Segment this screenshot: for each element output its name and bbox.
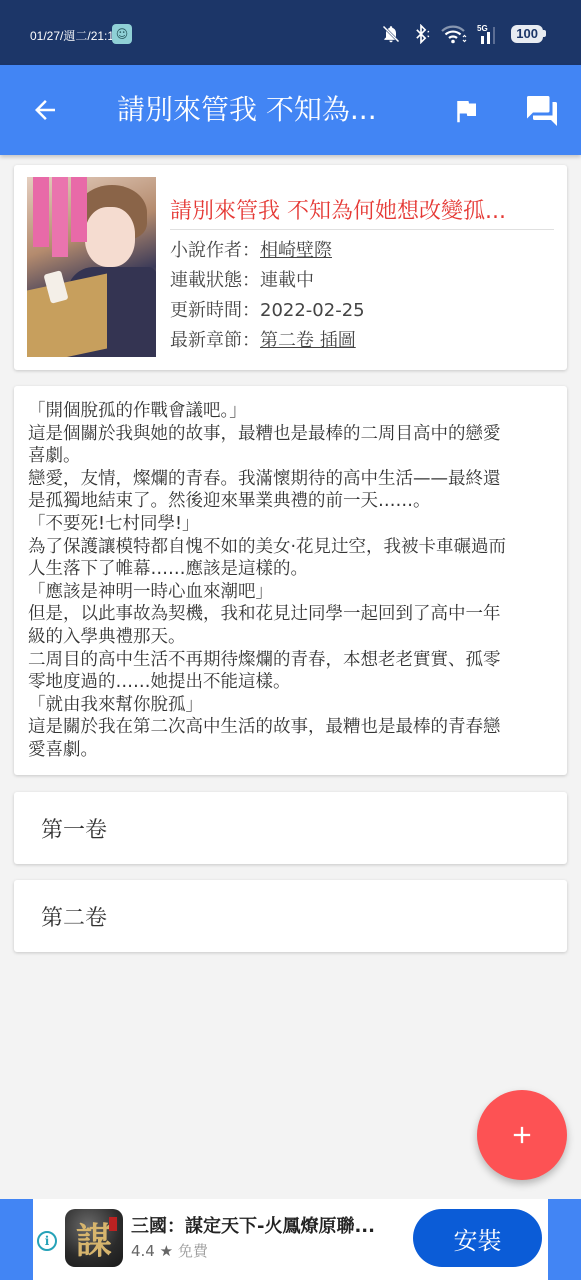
ad-title[interactable]: 三國：謀定天下-火鳳燎原聯... (131, 1215, 391, 1239)
latest-chapter-row: 最新章節：第二卷 插圖 (170, 329, 356, 353)
description-line: 二周目的高中生活不再期待燦爛的青春，本想老老實實、孤零 (28, 649, 553, 672)
update-row: 更新時間：2022-02-25 (170, 299, 365, 323)
description-line: 戀愛，友情，燦爛的青春。我滿懷期待的高中生活——最終還 (28, 468, 553, 491)
author-row: 小說作者：相崎壁際 (170, 239, 332, 263)
description-line: 但是，以此事故為契機，我和花見辻同學一起回到了高中一年 (28, 603, 553, 626)
description-card: 「開個脫孤的作戰會議吧。」 這是個關於我與她的故事，最糟也是最棒的二周目高中的戀… (14, 386, 567, 775)
novel-title: 請別來管我 不知為何她想改變孤... (170, 197, 554, 230)
volume-label: 第二卷 (41, 901, 107, 932)
install-button[interactable]: 安裝 (413, 1209, 542, 1267)
wifi-icon (441, 24, 467, 44)
description-line: 「開個脫孤的作戰會議吧。」 (28, 400, 553, 423)
star-icon: ★ (160, 1242, 173, 1260)
novel-info-card: 請別來管我 不知為何她想改變孤... 小說作者：相崎壁際 連載狀態：連載中 更新… (14, 165, 567, 370)
volume-label: 第一卷 (41, 813, 107, 844)
back-button[interactable] (28, 93, 62, 127)
cover-image (27, 177, 156, 357)
description-line: 「應該是神明一時心血來潮吧」 (28, 581, 553, 604)
author-label: 小說作者： (170, 240, 260, 261)
status-label: 連載狀態： (170, 270, 260, 291)
plus-icon (508, 1121, 536, 1149)
description-line: 愛喜劇。 (28, 739, 553, 762)
ad-price: 免費 (178, 1242, 208, 1260)
info-icon[interactable]: i (37, 1231, 57, 1251)
status-value: 連載中 (260, 270, 314, 291)
chat-icon (524, 93, 560, 129)
latest-label: 最新章節： (170, 330, 260, 351)
description-line: 喜劇。 (28, 445, 553, 468)
ad-app-icon-glyph: 謀 (76, 1213, 112, 1264)
report-button[interactable] (450, 95, 482, 127)
description-line: 是孤獨地結束了。然後迎來畢業典禮的前一天……。 (28, 490, 553, 513)
ad-subtitle: 4.4 ★ 免費 (131, 1241, 208, 1261)
description-line: 這是個關於我與她的故事，最糟也是最棒的二周目高中的戀愛 (28, 423, 553, 446)
ad-app-icon[interactable]: 謀 (65, 1209, 123, 1267)
svg-text:5G: 5G (477, 24, 488, 33)
description-line: 「不要死!七村同學!」 (28, 513, 553, 536)
flag-icon (451, 96, 481, 126)
description-line: 為了保護讓模特都自愧不如的美女·花見辻空，我被卡車碾過而 (28, 536, 553, 559)
bell-off-icon (381, 24, 401, 44)
volume-item-1[interactable]: 第一卷 (14, 792, 567, 864)
arrow-left-icon (30, 95, 60, 125)
update-value: 2022-02-25 (260, 300, 365, 321)
author-link[interactable]: 相崎壁際 (260, 240, 332, 261)
ad-rating: 4.4 (131, 1242, 155, 1260)
status-icons: 5G 100 (381, 22, 543, 46)
app-bar: 請別來管我 不知為... (0, 65, 581, 155)
status-row: 連載狀態：連載中 (170, 269, 314, 293)
ad-banner: i 謀 三國：謀定天下-火鳳燎原聯... 4.4 ★ 免費 安裝 (0, 1199, 581, 1280)
add-fab-button[interactable] (477, 1090, 567, 1180)
page-title: 請別來管我 不知為... (117, 90, 417, 130)
ad-content[interactable]: i 謀 三國：謀定天下-火鳳燎原聯... 4.4 ★ 免費 安裝 (33, 1199, 548, 1280)
description-line: 人生落下了帷幕……應該是這樣的。 (28, 558, 553, 581)
status-time: 01/27/週二/21:11 (30, 27, 120, 44)
description-line: 「就由我來幫你脫孤」 (28, 694, 553, 717)
volume-item-2[interactable]: 第二卷 (14, 880, 567, 952)
app-notification-icon: ☺ (112, 24, 132, 44)
status-bar: 01/27/週二/21:11 ☺ 5G 100 (0, 0, 581, 65)
description-line: 這是關於我在第二次高中生活的故事，最糟也是最棒的青春戀 (28, 716, 553, 739)
latest-chapter-link[interactable]: 第二卷 插圖 (260, 330, 356, 351)
description-line: 級的入學典禮那天。 (28, 626, 553, 649)
5g-signal-icon: 5G (477, 23, 501, 45)
comments-button[interactable] (522, 93, 562, 129)
battery-indicator: 100 (511, 25, 543, 43)
description-line: 零地度過的……她提出不能這樣。 (28, 671, 553, 694)
update-label: 更新時間： (170, 300, 260, 321)
bluetooth-icon (411, 24, 431, 44)
